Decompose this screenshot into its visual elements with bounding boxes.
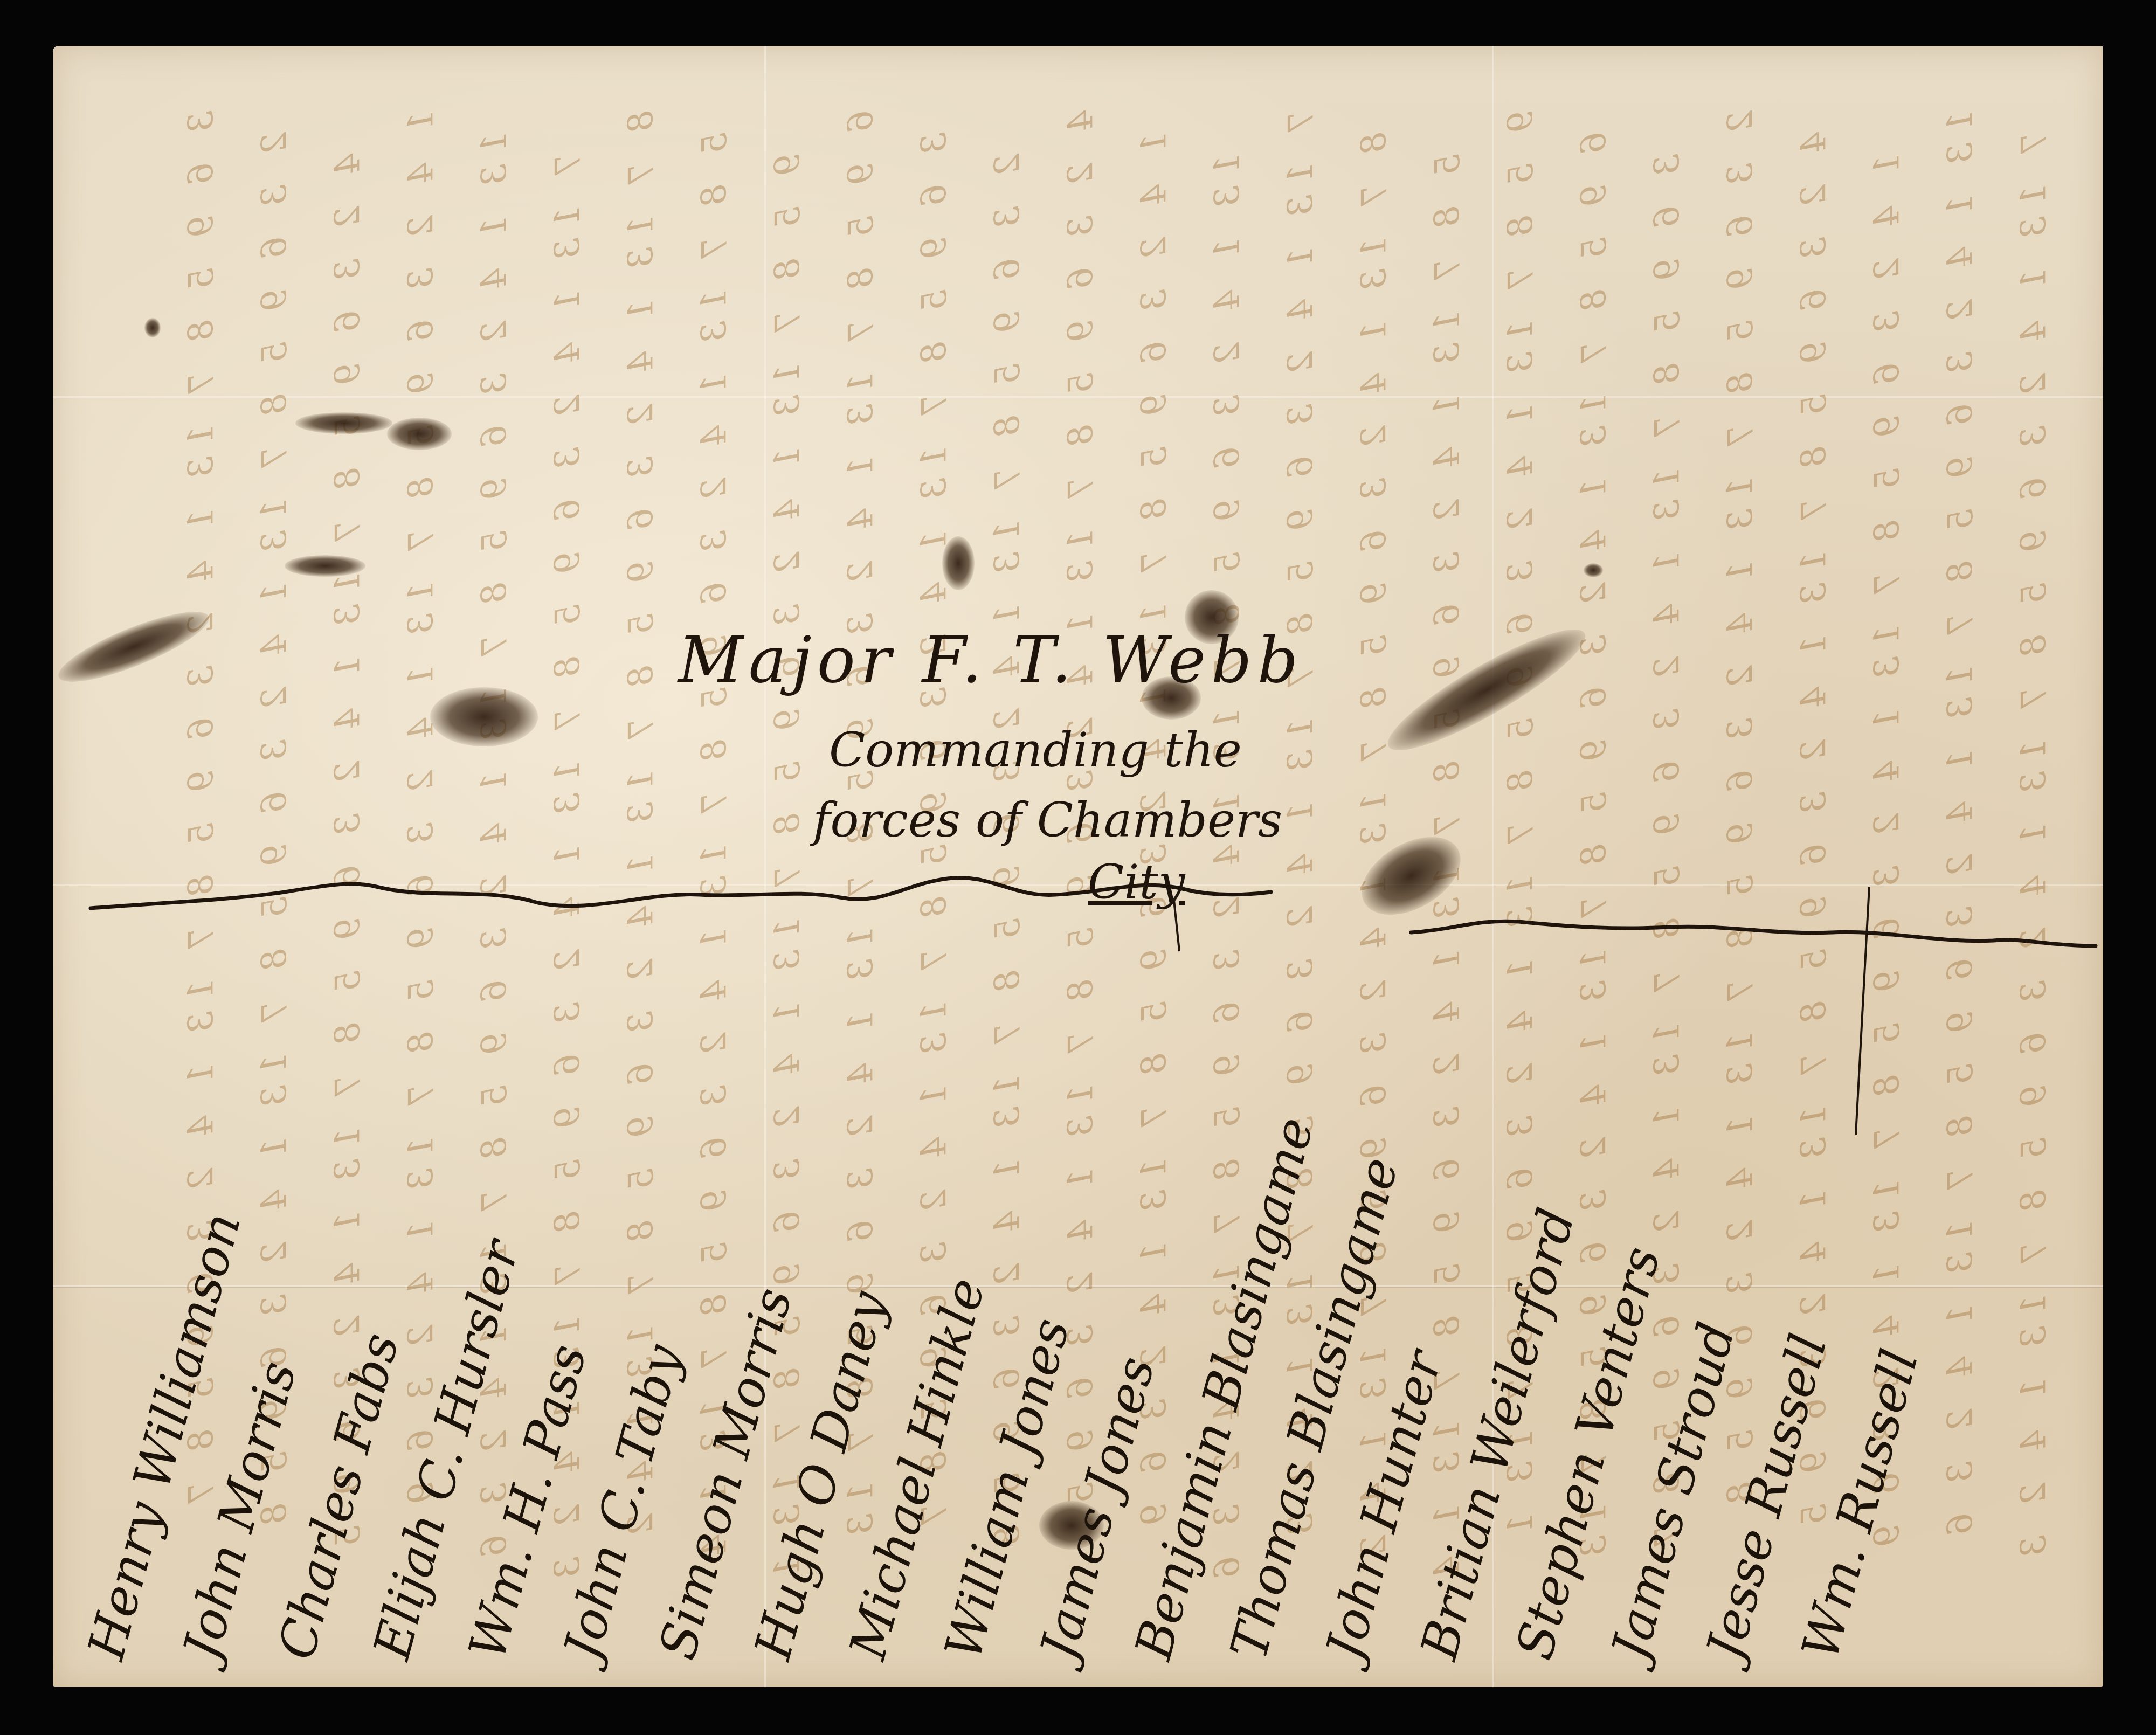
signatory-list: Henry WilliamsonJohn MorrisCharles FabsE… xyxy=(53,46,2103,1687)
document-paper: 3 6 9 5 8 7 13 1 4 2 3 6 9 5 8 7 13 1 4 … xyxy=(53,46,2103,1687)
